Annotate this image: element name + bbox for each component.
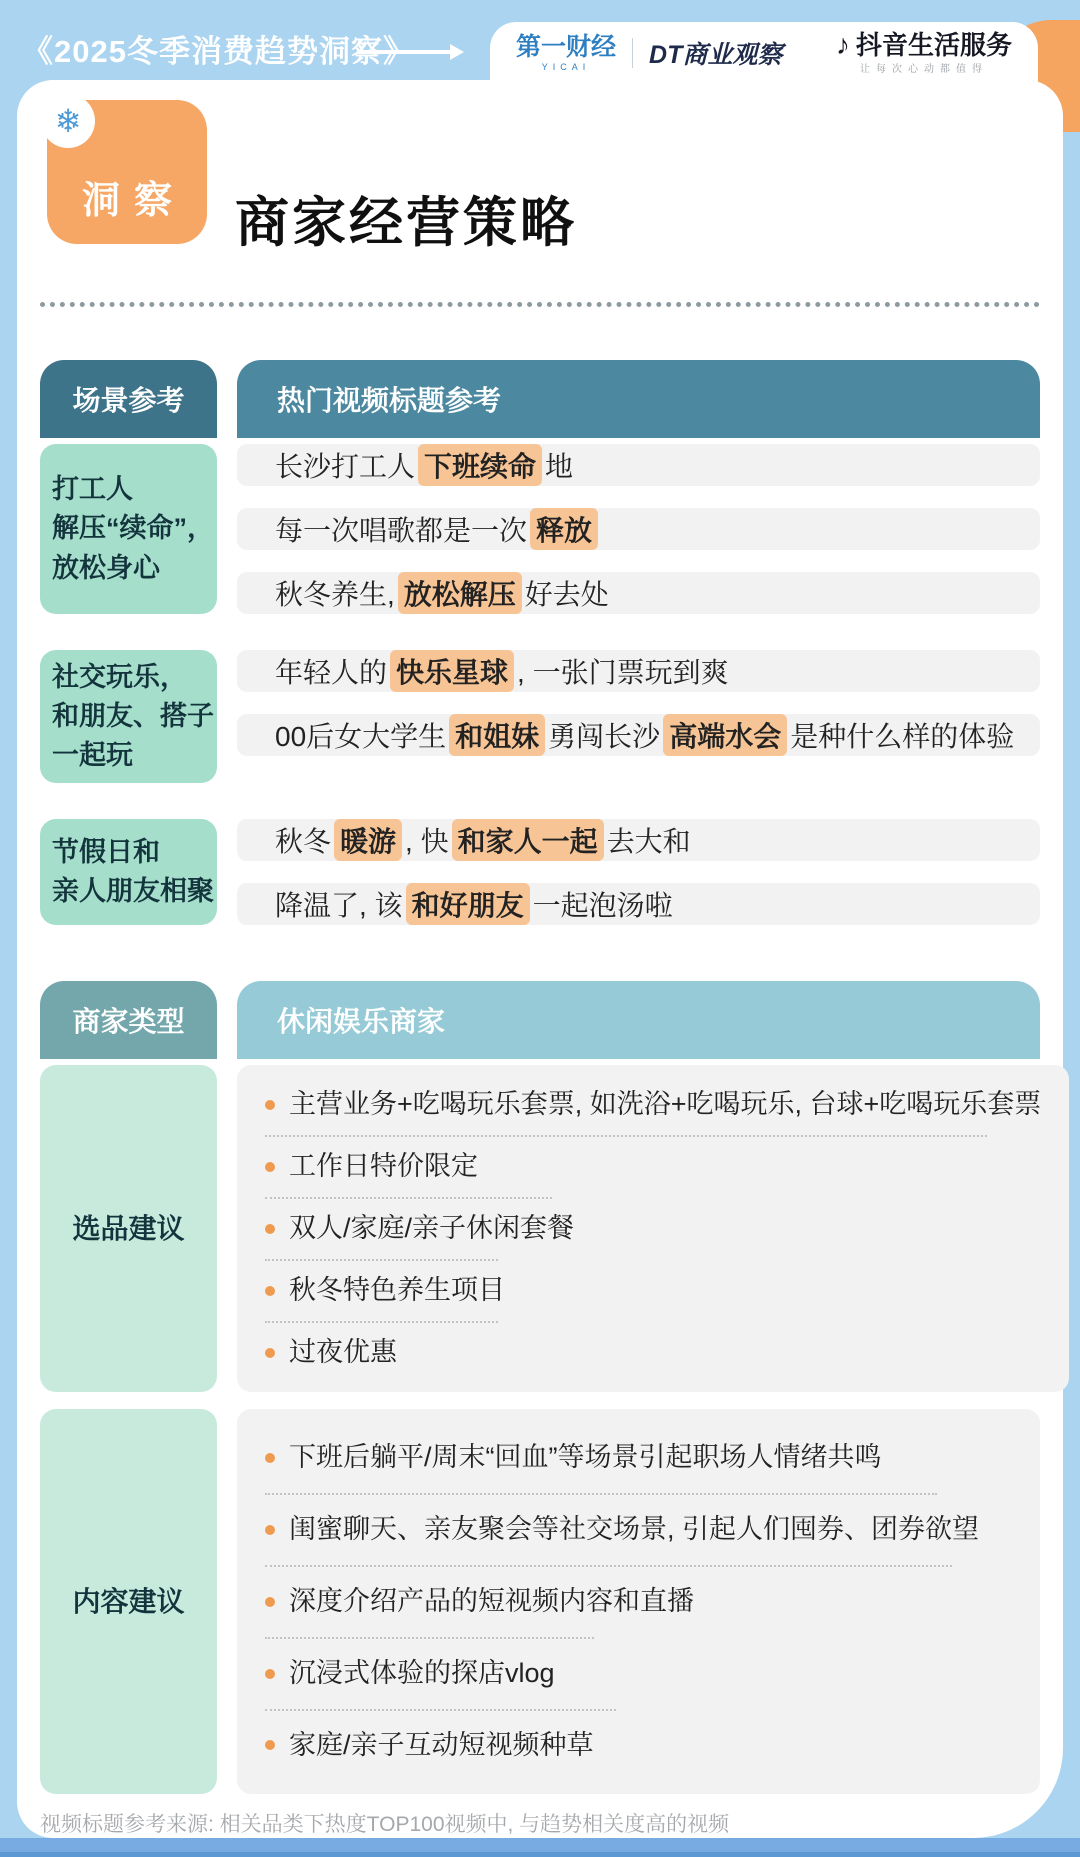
suggestion-item: 家庭/亲子互动短视频种草 bbox=[265, 1711, 1012, 1781]
insight-badge: ❄ 洞察 bbox=[47, 100, 207, 244]
title-text: , 一张门票玩到爽 bbox=[517, 651, 729, 691]
source-note: 视频标题参考来源: 相关品类下热度TOP100视频中, 与趋势相关度高的视频 bbox=[40, 1808, 1040, 1838]
suggestion-item: 深度介绍产品的短视频内容和直播 bbox=[265, 1567, 1012, 1637]
scene-label-line: 放松身心 bbox=[52, 549, 217, 588]
bullet-dot bbox=[265, 1348, 275, 1358]
video-title-row: 00后女大学生 和姐妹 勇闯长沙 高端水会 是种什么样的体验 bbox=[237, 714, 1040, 756]
video-title-row: 每一次唱歌都是一次 释放 bbox=[237, 508, 1040, 550]
title-text: 长沙打工人 bbox=[275, 445, 415, 485]
merchant-table-header-left: 商家类型 bbox=[40, 981, 217, 1059]
bullet-dot bbox=[265, 1286, 275, 1296]
scene-group: 打工人解压“续命”，放松身心长沙打工人 下班续命 地每一次唱歌都是一次 释放秋冬… bbox=[40, 444, 1040, 614]
douyin-life-services-logo: ♪ 抖音生活服务 让每次心动都值得 bbox=[836, 31, 1012, 75]
suggestion-text: 主营业务+吃喝玩乐套票, 如洗浴+吃喝玩乐, 台球+吃喝玩乐套票 bbox=[289, 1086, 1041, 1124]
title-text: 年轻人的 bbox=[275, 651, 387, 691]
merchant-table-body: 选品建议主营业务+吃喝玩乐套票, 如洗浴+吃喝玩乐, 台球+吃喝玩乐套票工作日特… bbox=[40, 1065, 1040, 1794]
music-note-icon: ♪ bbox=[836, 31, 850, 59]
suggestion-text: 下班后躺平/周末“回血”等场景引起职场人情绪共鸣 bbox=[289, 1439, 881, 1477]
scene-table-header: 场景参考 热门视频标题参考 bbox=[40, 360, 1040, 438]
infographic-page: 《2025冬季消费趋势洞察》 第一财经 YICAI DT商业观察 ♪ 抖音生活服… bbox=[0, 0, 1080, 1857]
scene-label-line: 亲人朋友相聚 bbox=[52, 872, 217, 911]
video-title-rows: 年轻人的 快乐星球, 一张门票玩到爽00后女大学生 和姐妹 勇闯长沙 高端水会 … bbox=[237, 650, 1040, 783]
highlighted-keyword: 放松解压 bbox=[398, 572, 522, 614]
scene-label-cell: 社交玩乐，和朋友、搭子一起玩 bbox=[40, 650, 217, 783]
scene-label-line: 社交玩乐， bbox=[52, 658, 217, 697]
dt-business-watch-logo: DT商业观察 bbox=[649, 35, 782, 71]
video-title-row: 年轻人的 快乐星球, 一张门票玩到爽 bbox=[237, 650, 1040, 692]
snowflake-circle: ❄ bbox=[41, 94, 95, 148]
suggestion-text: 过夜优惠 bbox=[289, 1334, 397, 1372]
scene-label-line: 解压“续命”， bbox=[52, 509, 217, 548]
scene-label-line: 打工人 bbox=[52, 470, 217, 509]
suggestion-item: 下班后躺平/周末“回血”等场景引起职场人情绪共鸣 bbox=[265, 1423, 1012, 1493]
title-text: 降温了, 该 bbox=[275, 884, 403, 924]
suggestion-text: 沉浸式体验的探店vlog bbox=[289, 1655, 555, 1693]
merchant-label-cell: 选品建议 bbox=[40, 1065, 217, 1392]
suggestion-item: 双人/家庭/亲子休闲套餐 bbox=[265, 1199, 1041, 1259]
merchant-group: 内容建议下班后躺平/周末“回血”等场景引起职场人情绪共鸣闺蜜聊天、亲友聚会等社交… bbox=[40, 1409, 1040, 1794]
suggestion-text: 秋冬特色养生项目 bbox=[289, 1272, 505, 1310]
suggestion-item: 过夜优惠 bbox=[265, 1323, 1041, 1383]
title-text: 秋冬养生, bbox=[275, 573, 395, 613]
video-title-row: 长沙打工人 下班续命 地 bbox=[237, 444, 1040, 486]
logo-divider bbox=[632, 38, 633, 68]
yicai-logo: 第一财经 YICAI bbox=[516, 35, 616, 72]
merchant-table-header: 商家类型 休闲娱乐商家 bbox=[40, 981, 1040, 1059]
highlighted-keyword: 和家人一起 bbox=[452, 819, 604, 861]
douyin-slogan: 让每次心动都值得 bbox=[860, 65, 988, 75]
highlighted-keyword: 和姐妹 bbox=[449, 714, 545, 756]
scene-label-cell: 打工人解压“续命”，放松身心 bbox=[40, 444, 217, 614]
insight-badge-label: 洞察 bbox=[68, 169, 186, 224]
page-title: 商家经营策略 bbox=[235, 180, 577, 257]
scene-label-line: 和朋友、搭子 bbox=[52, 697, 217, 736]
suggestion-item: 闺蜜聊天、亲友聚会等社交场景, 引起人们囤券、团券欲望 bbox=[265, 1495, 1012, 1565]
bullet-dot bbox=[265, 1100, 275, 1110]
suggestion-box: 主营业务+吃喝玩乐套票, 如洗浴+吃喝玩乐, 台球+吃喝玩乐套票工作日特价限定双… bbox=[237, 1065, 1069, 1392]
video-title-row: 秋冬养生, 放松解压 好去处 bbox=[237, 572, 1040, 614]
scene-label-line: 节假日和 bbox=[52, 833, 217, 872]
suggestion-item: 工作日特价限定 bbox=[265, 1137, 1041, 1197]
merchant-group: 选品建议主营业务+吃喝玩乐套票, 如洗浴+吃喝玩乐, 台球+吃喝玩乐套票工作日特… bbox=[40, 1065, 1040, 1392]
suggestion-item: 沉浸式体验的探店vlog bbox=[265, 1639, 1012, 1709]
suggestion-text: 工作日特价限定 bbox=[289, 1148, 478, 1186]
highlighted-keyword: 和好朋友 bbox=[406, 883, 530, 925]
title-text: 00后女大学生 bbox=[275, 715, 446, 755]
video-title-row: 降温了, 该 和好朋友 一起泡汤啦 bbox=[237, 883, 1040, 925]
dotted-divider bbox=[40, 302, 1040, 307]
bullet-dot bbox=[265, 1597, 275, 1607]
highlighted-keyword: 高端水会 bbox=[663, 714, 787, 756]
merchant-table-header-right: 休闲娱乐商家 bbox=[237, 981, 1040, 1059]
content-card: ❄ 洞察 商家经营策略 场景参考 热门视频标题参考 打工人解压“续命”，放松身心… bbox=[17, 80, 1063, 1838]
scene-label-cell: 节假日和亲人朋友相聚 bbox=[40, 819, 217, 925]
scene-group: 社交玩乐，和朋友、搭子一起玩年轻人的 快乐星球, 一张门票玩到爽00后女大学生 … bbox=[40, 650, 1040, 783]
video-title-rows: 长沙打工人 下班续命 地每一次唱歌都是一次 释放秋冬养生, 放松解压 好去处 bbox=[237, 444, 1040, 614]
title-text: 好去处 bbox=[525, 573, 609, 613]
suggestion-box: 下班后躺平/周末“回血”等场景引起职场人情绪共鸣闺蜜聊天、亲友聚会等社交场景, … bbox=[237, 1409, 1040, 1794]
bullet-dot bbox=[265, 1224, 275, 1234]
title-text: , 快 bbox=[405, 820, 449, 860]
bottom-strip bbox=[0, 1838, 1080, 1857]
scene-label-line: 一起玩 bbox=[52, 736, 217, 775]
suggestion-text: 深度介绍产品的短视频内容和直播 bbox=[289, 1583, 694, 1621]
highlighted-keyword: 暖游 bbox=[334, 819, 402, 861]
highlighted-keyword: 快乐星球 bbox=[390, 650, 514, 692]
suggestion-text: 双人/家庭/亲子休闲套餐 bbox=[289, 1210, 574, 1248]
suggestion-item: 秋冬特色养生项目 bbox=[265, 1261, 1041, 1321]
merchant-label-cell: 内容建议 bbox=[40, 1409, 217, 1794]
bullet-dot bbox=[265, 1740, 275, 1750]
highlighted-keyword: 下班续命 bbox=[418, 444, 542, 486]
scene-group: 节假日和亲人朋友相聚秋冬 暖游, 快 和家人一起 去大和降温了, 该 和好朋友 … bbox=[40, 819, 1040, 925]
arrow-right-icon bbox=[356, 42, 466, 62]
title-text: 是种什么样的体验 bbox=[790, 715, 1014, 755]
title-text: 一起泡汤啦 bbox=[533, 884, 673, 924]
scene-table-body: 打工人解压“续命”，放松身心长沙打工人 下班续命 地每一次唱歌都是一次 释放秋冬… bbox=[40, 444, 1040, 925]
title-text: 秋冬 bbox=[275, 820, 331, 860]
title-text: 地 bbox=[545, 445, 573, 485]
title-text: 勇闯长沙 bbox=[548, 715, 660, 755]
bullet-dot bbox=[265, 1162, 275, 1172]
scene-table-header-right: 热门视频标题参考 bbox=[237, 360, 1040, 438]
bullet-dot bbox=[265, 1669, 275, 1679]
logo-bar: 第一财经 YICAI DT商业观察 ♪ 抖音生活服务 让每次心动都值得 bbox=[490, 22, 1038, 84]
title-text: 每一次唱歌都是一次 bbox=[275, 509, 527, 549]
title-text: 去大和 bbox=[607, 820, 691, 860]
bullet-dot bbox=[265, 1525, 275, 1535]
video-title-rows: 秋冬 暖游, 快 和家人一起 去大和降温了, 该 和好朋友 一起泡汤啦 bbox=[237, 819, 1040, 925]
bottom-edge bbox=[0, 1852, 1080, 1857]
bullet-dot bbox=[265, 1453, 275, 1463]
scene-table-header-left: 场景参考 bbox=[40, 360, 217, 438]
suggestion-text: 家庭/亲子互动短视频种草 bbox=[289, 1727, 594, 1765]
suggestion-text: 闺蜜聊天、亲友聚会等社交场景, 引起人们囤券、团券欲望 bbox=[289, 1511, 979, 1549]
video-title-row: 秋冬 暖游, 快 和家人一起 去大和 bbox=[237, 819, 1040, 861]
snowflake-icon: ❄ bbox=[55, 102, 82, 140]
suggestion-item: 主营业务+吃喝玩乐套票, 如洗浴+吃喝玩乐, 台球+吃喝玩乐套票 bbox=[265, 1075, 1041, 1135]
highlighted-keyword: 释放 bbox=[530, 508, 598, 550]
